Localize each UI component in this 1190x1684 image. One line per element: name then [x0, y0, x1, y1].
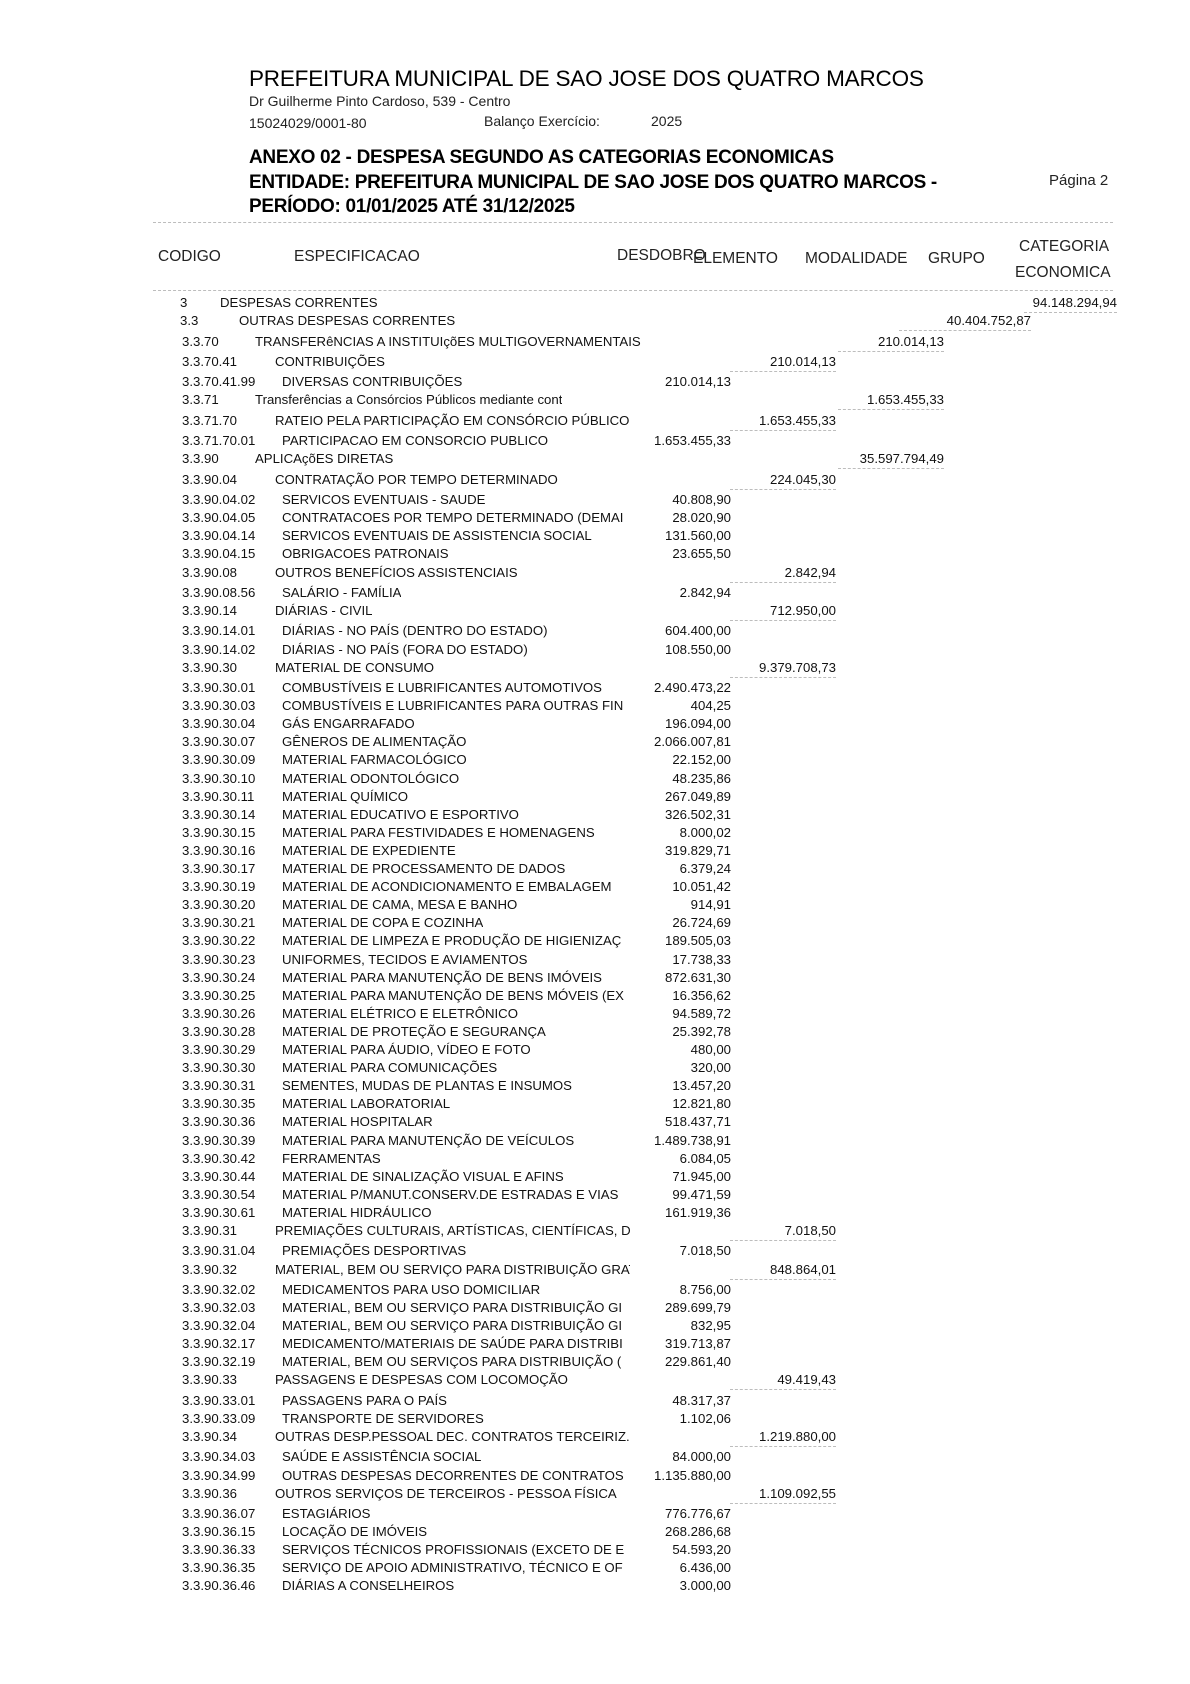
- row-code: 3.3.71: [182, 392, 219, 407]
- row-code: 3.3.90.34: [182, 1429, 237, 1444]
- row-description: MATERIAL DE CAMA, MESA E BANHO: [282, 897, 517, 912]
- row-value-desdobro: 832,95: [691, 1318, 731, 1333]
- row-value-desdobro: 16.356,62: [672, 988, 731, 1003]
- row-description: TRANSFERêNCIAS A INSTITUIçõES MULTIGOVER…: [255, 334, 641, 349]
- row-code: 3.3.90.30.21: [182, 915, 255, 930]
- row-value-elemento: 1.653.455,33: [759, 413, 836, 428]
- table-row: 3.3.90.04.15OBRIGACOES PATRONAIS23.655,5…: [0, 546, 1190, 564]
- row-description: SALÁRIO - FAMÍLIA: [282, 585, 401, 600]
- table-row: 3.3.90.30.09MATERIAL FARMACOLÓGICO22.152…: [0, 752, 1190, 770]
- table-row: 3.3.90.32.19MATERIAL, BEM OU SERVIÇOS PA…: [0, 1354, 1190, 1372]
- row-value-elemento: 224.045,30: [770, 472, 836, 487]
- row-description: MATERIAL PARA COMUNICAÇÕES: [282, 1060, 497, 1075]
- row-description: MATERIAL, BEM OU SERVIÇOS PARA DISTRIBUI…: [282, 1354, 621, 1369]
- row-description: MATERIAL ELÉTRICO E ELETRÔNICO: [282, 1006, 518, 1021]
- table-row: 3.3.90.31.04PREMIAÇÕES DESPORTIVAS7.018,…: [0, 1243, 1190, 1261]
- table-row: 3.3.90.14DIÁRIAS - CIVIL712.950,00: [0, 603, 1190, 621]
- row-code: 3.3.90.30.44: [182, 1169, 255, 1184]
- row-code: 3.3.90.36.07: [182, 1506, 255, 1521]
- row-code: 3.3.90.31: [182, 1223, 237, 1238]
- row-description: MATERIAL DE PROTEÇÃO E SEGURANÇA: [282, 1024, 546, 1039]
- row-code: 3.3.90.30.29: [182, 1042, 255, 1057]
- row-value-desdobro: 161.919,36: [665, 1205, 731, 1220]
- table-row: 3.3.90.30.17MATERIAL DE PROCESSAMENTO DE…: [0, 861, 1190, 879]
- row-value-desdobro: 604.400,00: [665, 623, 731, 638]
- row-value-grupo: 40.404.752,87: [947, 313, 1031, 328]
- row-code: 3.3.90.08.56: [182, 585, 255, 600]
- row-description: MATERIAL DE LIMPEZA E PRODUÇÃO DE HIGIEN…: [282, 933, 621, 948]
- cnpj: 15024029/0001-80: [249, 115, 367, 131]
- row-code: 3.3.90.30.17: [182, 861, 255, 876]
- row-code: 3.3.90.30.20: [182, 897, 255, 912]
- row-description: PASSAGENS E DESPESAS COM LOCOMOÇÃO: [275, 1372, 568, 1387]
- table-row: 3.3.90.36.07ESTAGIÁRIOS776.776,67: [0, 1506, 1190, 1524]
- row-code: 3.3.90.36.35: [182, 1560, 255, 1575]
- table-row: 3.3.90.14.01DIÁRIAS - NO PAÍS (DENTRO DO…: [0, 623, 1190, 641]
- row-description: MATERIAL DE CONSUMO: [275, 660, 434, 675]
- table-row: 3.3.90.04CONTRATAÇÃO POR TEMPO DETERMINA…: [0, 472, 1190, 490]
- row-description: CONTRATAÇÃO POR TEMPO DETERMINADO: [275, 472, 558, 487]
- row-description: MATERIAL QUÍMICO: [282, 789, 408, 804]
- row-description: ESTAGIÁRIOS: [282, 1506, 370, 1521]
- row-code: 3.3.90.30.26: [182, 1006, 255, 1021]
- row-description: PREMIAÇÕES DESPORTIVAS: [282, 1243, 466, 1258]
- subtotal-underline: [838, 351, 944, 352]
- table-row: 3.3.90.34.03SAÚDE E ASSISTÊNCIA SOCIAL84…: [0, 1449, 1190, 1467]
- row-description: FERRAMENTAS: [282, 1151, 381, 1166]
- row-code: 3.3.70.41: [182, 354, 237, 369]
- table-row: 3.3.90.31PREMIAÇÕES CULTURAIS, ARTÍSTICA…: [0, 1223, 1190, 1241]
- row-description: DIÁRIAS - NO PAÍS (FORA DO ESTADO): [282, 642, 528, 657]
- table-row: 3.3.90.30.61MATERIAL HIDRÁULICO161.919,3…: [0, 1205, 1190, 1223]
- row-description: MATERIAL PARA MANUTENÇÃO DE BENS MÓVEIS …: [282, 988, 624, 1003]
- row-code: 3.3.90.33.01: [182, 1393, 255, 1408]
- row-value-desdobro: 319.713,87: [665, 1336, 731, 1351]
- subtotal-underline: [730, 1389, 836, 1390]
- table-row: 3.3OUTRAS DESPESAS CORRENTES40.404.752,8…: [0, 313, 1190, 331]
- row-value-elemento: 1.109.092,55: [759, 1486, 836, 1501]
- subtotal-underline: [730, 582, 836, 583]
- subtotal-underline: [730, 1240, 836, 1241]
- row-code: 3.3.90.30.31: [182, 1078, 255, 1093]
- columns-divider: [153, 290, 1113, 291]
- col-categoria: CATEGORIA: [1019, 238, 1109, 256]
- row-value-elemento: 1.219.880,00: [759, 1429, 836, 1444]
- subtotal-underline: [730, 489, 836, 490]
- row-description: MATERIAL PARA MANUTENÇÃO DE VEÍCULOS: [282, 1133, 574, 1148]
- row-value-desdobro: 914,91: [691, 897, 731, 912]
- row-value-desdobro: 2.066.007,81: [654, 734, 731, 749]
- table-row: 3.3.70TRANSFERêNCIAS A INSTITUIçõES MULT…: [0, 334, 1190, 352]
- table-row: 3.3.90.30.11MATERIAL QUÍMICO267.049,89: [0, 789, 1190, 807]
- row-code: 3.3.90.04.02: [182, 492, 255, 507]
- row-value-elemento: 9.379.708,73: [759, 660, 836, 675]
- row-description: MATERIAL FARMACOLÓGICO: [282, 752, 467, 767]
- row-value-desdobro: 1.653.455,33: [654, 433, 731, 448]
- row-description: MATERIAL LABORATORIAL: [282, 1096, 450, 1111]
- row-value-modalidade: 210.014,13: [878, 334, 944, 349]
- row-value-desdobro: 17.738,33: [672, 952, 731, 967]
- table-row: 3.3.90.30.21MATERIAL DE COPA E COZINHA26…: [0, 915, 1190, 933]
- subtotal-underline: [730, 1503, 836, 1504]
- row-description: RATEIO PELA PARTICIPAÇÃO EM CONSÓRCIO PÚ…: [275, 413, 629, 428]
- row-value-elemento: 848.864,01: [770, 1262, 836, 1277]
- row-value-modalidade: 1.653.455,33: [867, 392, 944, 407]
- row-value-desdobro: 267.049,89: [665, 789, 731, 804]
- row-description: TRANSPORTE DE SERVIDORES: [282, 1411, 484, 1426]
- row-code: 3.3.90.08: [182, 565, 237, 580]
- row-description: MEDICAMENTOS PARA USO DOMICILIAR: [282, 1282, 540, 1297]
- row-value-desdobro: 10.051,42: [672, 879, 731, 894]
- row-description: LOCAÇÃO DE IMÓVEIS: [282, 1524, 427, 1539]
- col-codigo: CODIGO: [158, 248, 221, 266]
- row-value-desdobro: 518.437,71: [665, 1114, 731, 1129]
- row-description: SERVIÇOS TÉCNICOS PROFISSIONAIS (EXCETO …: [282, 1542, 624, 1557]
- row-value-desdobro: 480,00: [691, 1042, 731, 1057]
- row-value-desdobro: 3.000,00: [680, 1578, 731, 1593]
- row-code: 3.3.90.36.15: [182, 1524, 255, 1539]
- row-code: 3.3.90.30.54: [182, 1187, 255, 1202]
- table-row: 3DESPESAS CORRENTES94.148.294,94: [0, 295, 1190, 313]
- table-row: 3.3.90.04.14SERVICOS EVENTUAIS DE ASSIST…: [0, 528, 1190, 546]
- table-row: 3.3.71.70.01PARTICIPACAO EM CONSORCIO PU…: [0, 433, 1190, 451]
- row-description: MATERIAL HIDRÁULICO: [282, 1205, 431, 1220]
- row-description: MATERIAL PARA MANUTENÇÃO DE BENS IMÓVEIS: [282, 970, 602, 985]
- row-description: OUTRAS DESP.PESSOAL DEC. CONTRATOS TERCE…: [275, 1429, 630, 1444]
- table-row: 3.3.90.36.33SERVIÇOS TÉCNICOS PROFISSION…: [0, 1542, 1190, 1560]
- row-description: OUTRAS DESPESAS DECORRENTES DE CONTRATOS: [282, 1468, 624, 1483]
- row-code: 3.3.90: [182, 451, 219, 466]
- row-value-categoria: 94.148.294,94: [1033, 295, 1117, 310]
- row-description: MATERIAL EDUCATIVO E ESPORTIVO: [282, 807, 519, 822]
- row-description: MATERIAL P/MANUT.CONSERV.DE ESTRADAS E V…: [282, 1187, 618, 1202]
- row-description: MATERIAL DE EXPEDIENTE: [282, 843, 456, 858]
- row-code: 3: [180, 295, 187, 310]
- row-code: 3.3.90.04: [182, 472, 237, 487]
- row-description: SERVIÇO DE APOIO ADMINISTRATIVO, TÉCNICO…: [282, 1560, 623, 1575]
- row-code: 3.3.90.30.30: [182, 1060, 255, 1075]
- row-value-elemento: 49.419,43: [777, 1372, 836, 1387]
- row-description: PASSAGENS PARA O PAÍS: [282, 1393, 447, 1408]
- row-code: 3.3.90.33: [182, 1372, 237, 1387]
- row-value-desdobro: 2.490.473,22: [654, 680, 731, 695]
- table-row: 3.3.90.33.01PASSAGENS PARA O PAÍS48.317,…: [0, 1393, 1190, 1411]
- table-row: 3.3.90.04.02SERVICOS EVENTUAIS - SAUDE40…: [0, 492, 1190, 510]
- row-code: 3.3.71.70.01: [182, 433, 255, 448]
- table-row: 3.3.90.34.99OUTRAS DESPESAS DECORRENTES …: [0, 1468, 1190, 1486]
- row-value-desdobro: 776.776,67: [665, 1506, 731, 1521]
- row-value-desdobro: 25.392,78: [672, 1024, 731, 1039]
- table-row: 3.3.90.30.44MATERIAL DE SINALIZAÇÃO VISU…: [0, 1169, 1190, 1187]
- subtotal-underline: [730, 677, 836, 678]
- row-code: 3.3.90.30.61: [182, 1205, 255, 1220]
- row-code: 3.3: [180, 313, 198, 328]
- row-value-desdobro: 8.756,00: [680, 1282, 731, 1297]
- table-row: 3.3.90.04.05CONTRATACOES POR TEMPO DETER…: [0, 510, 1190, 528]
- table-row: 3.3.90.30.29MATERIAL PARA ÁUDIO, VÍDEO E…: [0, 1042, 1190, 1060]
- row-code: 3.3.70: [182, 334, 219, 349]
- col-grupo: GRUPO: [928, 250, 985, 268]
- row-description: DESPESAS CORRENTES: [220, 295, 378, 310]
- row-value-desdobro: 2.842,94: [680, 585, 731, 600]
- row-value-desdobro: 12.821,80: [672, 1096, 731, 1111]
- row-value-desdobro: 48.317,37: [672, 1393, 731, 1408]
- row-value-elemento: 2.842,94: [785, 565, 836, 580]
- row-value-desdobro: 48.235,86: [672, 771, 731, 786]
- row-code: 3.3.90.30.10: [182, 771, 255, 786]
- table-row: 3.3.90.32.17MEDICAMENTO/MATERIAIS DE SAÚ…: [0, 1336, 1190, 1354]
- table-row: 3.3.90.30.35MATERIAL LABORATORIAL12.821,…: [0, 1096, 1190, 1114]
- row-code: 3.3.90.30.03: [182, 698, 255, 713]
- table-row: 3.3.90.30.54MATERIAL P/MANUT.CONSERV.DE …: [0, 1187, 1190, 1205]
- row-description: OUTRAS DESPESAS CORRENTES: [239, 313, 455, 328]
- table-row: 3.3.90.36.46DIÁRIAS A CONSELHEIROS3.000,…: [0, 1578, 1190, 1596]
- row-value-desdobro: 131.560,00: [665, 528, 731, 543]
- row-description: CONTRATACOES POR TEMPO DETERMINADO (DEMA…: [282, 510, 623, 525]
- row-description: Transferências a Consórcios Públicos med…: [255, 392, 562, 407]
- row-code: 3.3.90.32.19: [182, 1354, 255, 1369]
- row-description: MATERIAL PARA FESTIVIDADES E HOMENAGENS: [282, 825, 595, 840]
- row-value-desdobro: 196.094,00: [665, 716, 731, 731]
- subtotal-underline: [838, 468, 944, 469]
- row-description: MATERIAL, BEM OU SERVIÇO PARA DISTRIBUIÇ…: [275, 1262, 630, 1277]
- row-code: 3.3.71.70: [182, 413, 237, 428]
- row-value-desdobro: 28.020,90: [672, 510, 731, 525]
- row-value-elemento: 210.014,13: [770, 354, 836, 369]
- subtotal-underline: [730, 371, 836, 372]
- row-value-desdobro: 1.102,06: [680, 1411, 731, 1426]
- table-row: 3.3.90.30.19MATERIAL DE ACONDICIONAMENTO…: [0, 879, 1190, 897]
- row-value-desdobro: 6.436,00: [680, 1560, 731, 1575]
- row-value-desdobro: 54.593,20: [672, 1542, 731, 1557]
- subtotal-underline: [730, 1279, 836, 1280]
- row-description: DIVERSAS CONTRIBUIÇÕES: [282, 374, 462, 389]
- table-row: 3.3.90.30.24MATERIAL PARA MANUTENÇÃO DE …: [0, 970, 1190, 988]
- row-value-desdobro: 289.699,79: [665, 1300, 731, 1315]
- row-value-desdobro: 210.014,13: [665, 374, 731, 389]
- row-value-desdobro: 6.379,24: [680, 861, 731, 876]
- table-row: 3.3.90.30.28MATERIAL DE PROTEÇÃO E SEGUR…: [0, 1024, 1190, 1042]
- row-code: 3.3.90.30.15: [182, 825, 255, 840]
- row-value-desdobro: 26.724,69: [672, 915, 731, 930]
- document-title: PREFEITURA MUNICIPAL DE SAO JOSE DOS QUA…: [249, 66, 924, 92]
- row-value-desdobro: 71.945,00: [672, 1169, 731, 1184]
- row-code: 3.3.90.30.42: [182, 1151, 255, 1166]
- row-description: MATERIAL PARA ÁUDIO, VÍDEO E FOTO: [282, 1042, 531, 1057]
- row-value-desdobro: 108.550,00: [665, 642, 731, 657]
- table-row: 3.3.90.30.15MATERIAL PARA FESTIVIDADES E…: [0, 825, 1190, 843]
- row-description: MATERIAL HOSPITALAR: [282, 1114, 433, 1129]
- table-row: 3.3.90.30.25MATERIAL PARA MANUTENÇÃO DE …: [0, 988, 1190, 1006]
- row-description: OBRIGACOES PATRONAIS: [282, 546, 449, 561]
- row-value-desdobro: 872.631,30: [665, 970, 731, 985]
- col-elemento: ELEMENTO: [693, 250, 778, 268]
- row-value-desdobro: 84.000,00: [672, 1449, 731, 1464]
- row-code: 3.3.90.30.07: [182, 734, 255, 749]
- row-code: 3.3.90.36.46: [182, 1578, 255, 1593]
- total-underline: [1024, 312, 1117, 313]
- table-row: 3.3.90.30.16MATERIAL DE EXPEDIENTE319.82…: [0, 843, 1190, 861]
- table-row: 3.3.90.30.26MATERIAL ELÉTRICO E ELETRÔNI…: [0, 1006, 1190, 1024]
- row-value-elemento: 712.950,00: [770, 603, 836, 618]
- row-description: SEMENTES, MUDAS DE PLANTAS E INSUMOS: [282, 1078, 572, 1093]
- row-description: UNIFORMES, TECIDOS E AVIAMENTOS: [282, 952, 527, 967]
- row-value-desdobro: 189.505,03: [665, 933, 731, 948]
- row-code: 3.3.90.30.01: [182, 680, 255, 695]
- table-row: 3.3.90.36OUTROS SERVIÇOS DE TERCEIROS - …: [0, 1486, 1190, 1504]
- row-value-desdobro: 22.152,00: [672, 752, 731, 767]
- row-code: 3.3.90.30.23: [182, 952, 255, 967]
- col-economica: ECONOMICA: [1015, 264, 1111, 282]
- row-value-desdobro: 1.489.738,91: [654, 1133, 731, 1148]
- row-description: DIÁRIAS A CONSELHEIROS: [282, 1578, 454, 1593]
- row-value-desdobro: 229.861,40: [665, 1354, 731, 1369]
- row-code: 3.3.90.30.14: [182, 807, 255, 822]
- row-description: SERVICOS EVENTUAIS DE ASSISTENCIA SOCIAL: [282, 528, 592, 543]
- row-code: 3.3.70.41.99: [182, 374, 255, 389]
- row-code: 3.3.90.30.19: [182, 879, 255, 894]
- row-code: 3.3.90.34.99: [182, 1468, 255, 1483]
- row-description: DIÁRIAS - CIVIL: [275, 603, 372, 618]
- table-row: 3.3.90.30.30MATERIAL PARA COMUNICAÇÕES32…: [0, 1060, 1190, 1078]
- row-description: OUTROS SERVIÇOS DE TERCEIROS - PESSOA FÍ…: [275, 1486, 617, 1501]
- row-description: CONTRIBUIÇÕES: [275, 354, 385, 369]
- row-code: 3.3.90.34.03: [182, 1449, 255, 1464]
- row-code: 3.3.90.30: [182, 660, 237, 675]
- table-row: 3.3.70.41CONTRIBUIÇÕES210.014,13: [0, 354, 1190, 372]
- table-row: 3.3.90.30.20MATERIAL DE CAMA, MESA E BAN…: [0, 897, 1190, 915]
- row-value-desdobro: 99.471,59: [672, 1187, 731, 1202]
- table-row: 3.3.90.33.09TRANSPORTE DE SERVIDORES1.10…: [0, 1411, 1190, 1429]
- row-code: 3.3.90.30.39: [182, 1133, 255, 1148]
- row-code: 3.3.90.33.09: [182, 1411, 255, 1426]
- row-code: 3.3.90.30.25: [182, 988, 255, 1003]
- table-row: 3.3.90.30.01COMBUSTÍVEIS E LUBRIFICANTES…: [0, 680, 1190, 698]
- row-description: SERVICOS EVENTUAIS - SAUDE: [282, 492, 485, 507]
- table-row: 3.3.90.30.23UNIFORMES, TECIDOS E AVIAMEN…: [0, 952, 1190, 970]
- table-row: 3.3.90.32.03MATERIAL, BEM OU SERVIÇO PAR…: [0, 1300, 1190, 1318]
- report-title: ANEXO 02 - DESPESA SEGUNDO AS CATEGORIAS…: [249, 147, 834, 169]
- row-description: PARTICIPACAO EM CONSORCIO PUBLICO: [282, 433, 548, 448]
- row-code: 3.3.90.04.14: [182, 528, 255, 543]
- table-row: 3.3.90.30.03COMBUSTÍVEIS E LUBRIFICANTES…: [0, 698, 1190, 716]
- row-code: 3.3.90.30.22: [182, 933, 255, 948]
- row-description: MEDICAMENTO/MATERIAIS DE SAÚDE PARA DIST…: [282, 1336, 623, 1351]
- row-value-desdobro: 6.084,05: [680, 1151, 731, 1166]
- table-row: 3.3.90.30.39MATERIAL PARA MANUTENÇÃO DE …: [0, 1133, 1190, 1151]
- row-code: 3.3.90.36.33: [182, 1542, 255, 1557]
- row-description: MATERIAL, BEM OU SERVIÇO PARA DISTRIBUIÇ…: [282, 1300, 622, 1315]
- row-code: 3.3.90.32.17: [182, 1336, 255, 1351]
- table-row: 3.3.90.30MATERIAL DE CONSUMO9.379.708,73: [0, 660, 1190, 678]
- row-code: 3.3.90.04.15: [182, 546, 255, 561]
- table-row: 3.3.90APLICAçõES DIRETAS35.597.794,49: [0, 451, 1190, 469]
- row-description: APLICAçõES DIRETAS: [255, 451, 393, 466]
- header-divider: [153, 222, 1113, 223]
- table-row: 3.3.90.32MATERIAL, BEM OU SERVIÇO PARA D…: [0, 1262, 1190, 1280]
- row-value-desdobro: 13.457,20: [672, 1078, 731, 1093]
- table-row: 3.3.70.41.99DIVERSAS CONTRIBUIÇÕES210.01…: [0, 374, 1190, 392]
- row-description: MATERIAL, BEM OU SERVIÇO PARA DISTRIBUIÇ…: [282, 1318, 622, 1333]
- table-row: 3.3.90.30.14MATERIAL EDUCATIVO E ESPORTI…: [0, 807, 1190, 825]
- row-description: DIÁRIAS - NO PAÍS (DENTRO DO ESTADO): [282, 623, 547, 638]
- row-value-desdobro: 268.286,68: [665, 1524, 731, 1539]
- row-code: 3.3.90.30.36: [182, 1114, 255, 1129]
- row-description: OUTROS BENEFÍCIOS ASSISTENCIAIS: [275, 565, 518, 580]
- row-description: MATERIAL DE SINALIZAÇÃO VISUAL E AFINS: [282, 1169, 564, 1184]
- table-row: 3.3.90.08OUTROS BENEFÍCIOS ASSISTENCIAIS…: [0, 565, 1190, 583]
- table-row: 3.3.90.30.07GÊNEROS DE ALIMENTAÇÃO2.066.…: [0, 734, 1190, 752]
- address: Dr Guilherme Pinto Cardoso, 539 - Centro: [249, 93, 510, 109]
- row-code: 3.3.90.30.11: [182, 789, 254, 804]
- table-row: 3.3.90.14.02DIÁRIAS - NO PAÍS (FORA DO E…: [0, 642, 1190, 660]
- row-code: 3.3.90.30.09: [182, 752, 255, 767]
- table-row: 3.3.90.36.35SERVIÇO DE APOIO ADMINISTRAT…: [0, 1560, 1190, 1578]
- row-description: COMBUSTÍVEIS E LUBRIFICANTES PARA OUTRAS…: [282, 698, 623, 713]
- row-value-desdobro: 404,25: [691, 698, 731, 713]
- row-description: MATERIAL DE ACONDICIONAMENTO E EMBALAGEM: [282, 879, 612, 894]
- row-code: 3.3.90.04.05: [182, 510, 255, 525]
- row-description: COMBUSTÍVEIS E LUBRIFICANTES AUTOMOTIVOS: [282, 680, 602, 695]
- table-row: 3.3.90.08.56SALÁRIO - FAMÍLIA2.842,94: [0, 585, 1190, 603]
- row-description: GÁS ENGARRAFADO: [282, 716, 415, 731]
- row-code: 3.3.90.31.04: [182, 1243, 255, 1258]
- table-row: 3.3.90.30.10MATERIAL ODONTOLÓGICO48.235,…: [0, 771, 1190, 789]
- row-value-desdobro: 23.655,50: [672, 546, 731, 561]
- row-description: MATERIAL DE PROCESSAMENTO DE DADOS: [282, 861, 565, 876]
- subtotal-underline: [838, 409, 944, 410]
- period-line: PERÍODO: 01/01/2025 ATÉ 31/12/2025: [249, 196, 575, 218]
- balanco-label: Balanço Exercício:: [484, 113, 600, 129]
- col-especificacao: ESPECIFICACAO: [294, 248, 420, 266]
- row-code: 3.3.90.30.04: [182, 716, 255, 731]
- row-value-desdobro: 320,00: [691, 1060, 731, 1075]
- row-value-desdobro: 1.135.880,00: [654, 1468, 731, 1483]
- table-row: 3.3.90.30.22MATERIAL DE LIMPEZA E PRODUÇ…: [0, 933, 1190, 951]
- row-value-desdobro: 326.502,31: [665, 807, 731, 822]
- row-description: MATERIAL ODONTOLÓGICO: [282, 771, 459, 786]
- row-code: 3.3.90.36: [182, 1486, 237, 1501]
- row-value-desdobro: 94.589,72: [672, 1006, 731, 1021]
- row-code: 3.3.90.30.16: [182, 843, 255, 858]
- row-value-modalidade: 35.597.794,49: [860, 451, 944, 466]
- table-row: 3.3.90.30.36MATERIAL HOSPITALAR518.437,7…: [0, 1114, 1190, 1132]
- row-description: GÊNEROS DE ALIMENTAÇÃO: [282, 734, 466, 749]
- table-row: 3.3.71.70RATEIO PELA PARTICIPAÇÃO EM CON…: [0, 413, 1190, 431]
- table-row: 3.3.71Transferências a Consórcios Públic…: [0, 392, 1190, 410]
- row-description: PREMIAÇÕES CULTURAIS, ARTÍSTICAS, CIENTÍ…: [275, 1223, 630, 1238]
- row-value-elemento: 7.018,50: [785, 1223, 836, 1238]
- table-row: 3.3.90.34OUTRAS DESP.PESSOAL DEC. CONTRA…: [0, 1429, 1190, 1447]
- subtotal-underline: [730, 1446, 836, 1447]
- row-code: 3.3.90.30.28: [182, 1024, 255, 1039]
- row-code: 3.3.90.30.24: [182, 970, 255, 985]
- row-code: 3.3.90.32.02: [182, 1282, 255, 1297]
- row-code: 3.3.90.14.01: [182, 623, 255, 638]
- col-modalidade: MODALIDADE: [805, 250, 908, 268]
- table-row: 3.3.90.30.31SEMENTES, MUDAS DE PLANTAS E…: [0, 1078, 1190, 1096]
- table-row: 3.3.90.33PASSAGENS E DESPESAS COM LOCOMO…: [0, 1372, 1190, 1390]
- subtotal-underline: [899, 330, 1031, 331]
- row-code: 3.3.90.14.02: [182, 642, 255, 657]
- row-code: 3.3.90.32.03: [182, 1300, 255, 1315]
- table-row: 3.3.90.36.15LOCAÇÃO DE IMÓVEIS268.286,68: [0, 1524, 1190, 1542]
- row-code: 3.3.90.30.35: [182, 1096, 255, 1111]
- table-row: 3.3.90.30.42FERRAMENTAS6.084,05: [0, 1151, 1190, 1169]
- table-row: 3.3.90.32.02MEDICAMENTOS PARA USO DOMICI…: [0, 1282, 1190, 1300]
- row-code: 3.3.90.14: [182, 603, 237, 618]
- table-row: 3.3.90.32.04MATERIAL, BEM OU SERVIÇO PAR…: [0, 1318, 1190, 1336]
